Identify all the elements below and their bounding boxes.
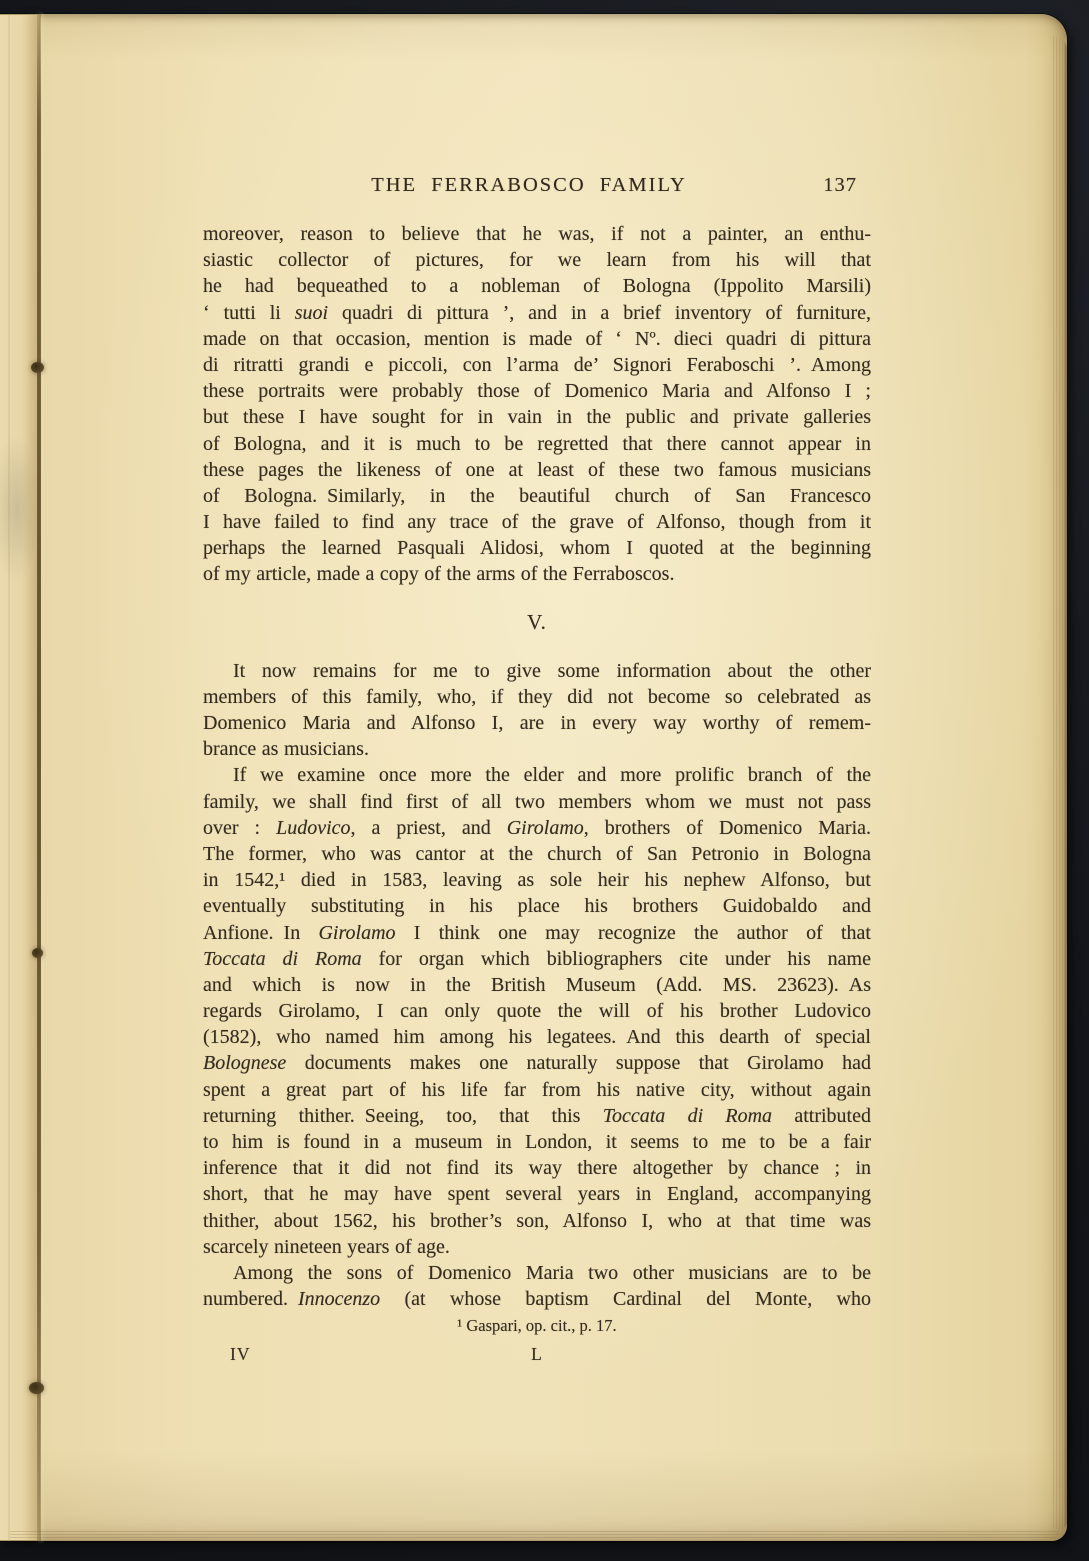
gutter-crease <box>37 14 41 1541</box>
text-line: If we examine once more the elder and mo… <box>203 762 871 788</box>
stitch-hole <box>32 948 43 958</box>
text-line: these pages the likeness of one at least… <box>203 457 871 483</box>
text-line: The former, who was cantor at the church… <box>203 841 871 867</box>
page-title: THE FERRABOSCO FAMILY <box>195 170 863 200</box>
text-line: thither, about 1562, his brother’s son, … <box>203 1208 871 1234</box>
body-text-upper: moreover, reason to believe that he was,… <box>203 221 871 588</box>
text-line: Toccata di Roma for organ which bibliogr… <box>203 946 871 972</box>
text-line: di ritratti grandi e piccoli, con l’arma… <box>203 352 871 378</box>
text-line: of Bologna. Similarly, in the beautiful … <box>203 483 871 509</box>
page-number: 137 <box>823 170 857 200</box>
text-line: in 1542,¹ died in 1583, leaving as sole … <box>203 867 871 893</box>
text-line: of my article, made a copy of the arms o… <box>203 561 871 587</box>
text-line: Domenico Maria and Alfonso I, are in eve… <box>203 710 871 736</box>
text-line: siastic collector of pictures, for we le… <box>203 247 871 273</box>
text-line: I have failed to find any trace of the g… <box>203 509 871 535</box>
text-line: brance as musicians. <box>203 736 871 762</box>
footnote: ¹ Gaspari, op. cit., p. 17. <box>203 1316 871 1336</box>
text-line: over : Ludovico, a priest, and Girolamo,… <box>203 815 871 841</box>
text-line: these portraits were probably those of D… <box>203 378 871 404</box>
text-line: of Bologna, and it is much to be regrett… <box>203 431 871 457</box>
text-line: family, we shall find first of all two m… <box>203 789 871 815</box>
text-line: Among the sons of Domenico Maria two oth… <box>203 1260 871 1286</box>
page-edge-bottom <box>10 1530 1059 1541</box>
previous-page-edge <box>0 15 40 1540</box>
text-line: scarcely nineteen years of age. <box>203 1234 871 1260</box>
smudge-mark <box>0 434 42 584</box>
text-line: moreover, reason to believe that he was,… <box>203 221 871 247</box>
text-line: Anfione. In Girolamo I think one may rec… <box>203 920 871 946</box>
text-line: numbered. Innocenzo (at whose baptism Ca… <box>203 1286 871 1312</box>
text-line: It now remains for me to give some infor… <box>203 658 871 684</box>
text-line: short, that he may have spent several ye… <box>203 1181 871 1207</box>
text-line: and which is now in the British Museum (… <box>203 972 871 998</box>
text-line: Bolognese documents makes one naturally … <box>203 1050 871 1076</box>
signature-row: IV L <box>203 1343 871 1365</box>
text-line: regards Girolamo, I can only quote the w… <box>203 998 871 1024</box>
text-line: ‘ tutti li suoi quadri di pittura ’, and… <box>203 300 871 326</box>
book-page: THE FERRABOSCO FAMILY 137 moreover, reas… <box>0 14 1067 1541</box>
body-text-lower: It now remains for me to give some infor… <box>203 658 871 1313</box>
text-line: inference that it did not find its way t… <box>203 1155 871 1181</box>
text-line: eventually substituting in his place his… <box>203 893 871 919</box>
text-line: returning thither. Seeing, too, that thi… <box>203 1103 871 1129</box>
text-line: (1582), who named him among his legatees… <box>203 1024 871 1050</box>
stitch-hole <box>29 1382 44 1394</box>
text-line: made on that occasion, mention is made o… <box>203 326 871 352</box>
page-edge-right <box>1053 36 1067 1529</box>
text-line: to him is found in a museum in London, i… <box>203 1129 871 1155</box>
text-line: perhaps the learned Pasquali Alidosi, wh… <box>203 535 871 561</box>
text-block: THE FERRABOSCO FAMILY 137 moreover, reas… <box>203 170 871 1365</box>
press-figure: L <box>203 1343 871 1365</box>
text-line: he had bequeathed to a nobleman of Bolog… <box>203 273 871 299</box>
text-line: spent a great part of his life far from … <box>203 1077 871 1103</box>
stitch-hole <box>31 362 44 373</box>
section-heading: V. <box>203 588 871 658</box>
running-head: THE FERRABOSCO FAMILY 137 <box>203 170 871 200</box>
text-line: but these I have sought for in vain in t… <box>203 404 871 430</box>
text-line: members of this family, who, if they did… <box>203 684 871 710</box>
